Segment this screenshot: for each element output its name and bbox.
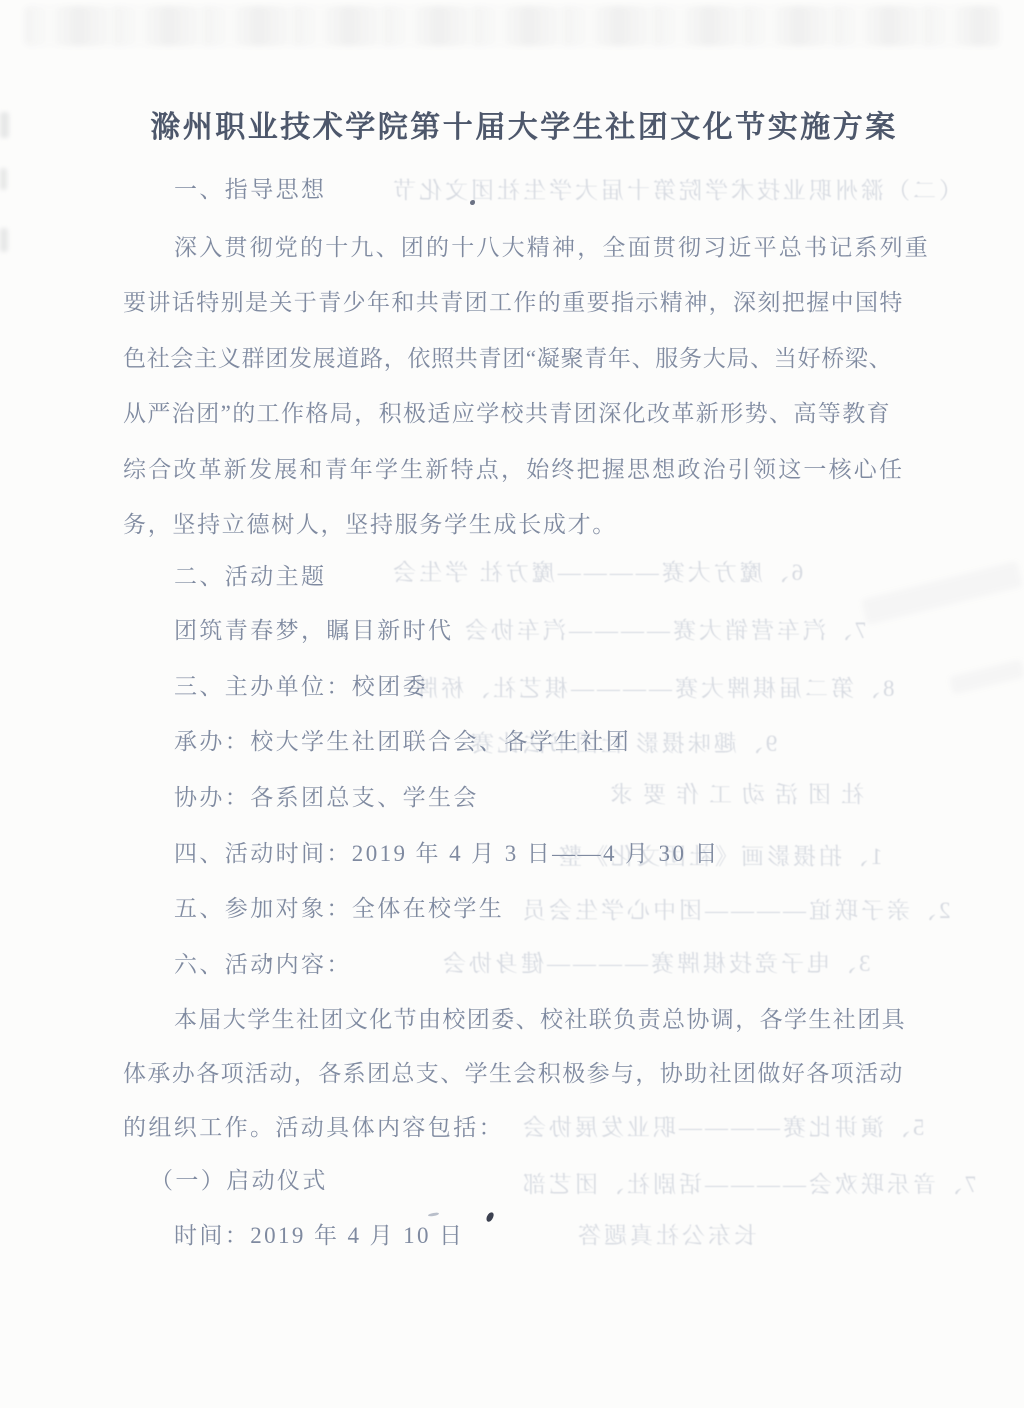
undertaker-line: 承办：校大学生社团联合会、各学生社团 (174, 727, 631, 757)
co-organizer-line: 协办：各系团总支、学生会 (174, 783, 479, 813)
paragraph-line: 深入贯彻党的十九、团的十八大精神，全面贯彻习近平总书记系列重 (174, 233, 930, 263)
scan-artifact-left-streak (0, 168, 7, 190)
paragraph-line: 色社会主义群团发展道路，依照共青团“凝聚青年、服务大局、当好桥梁、 (123, 344, 892, 374)
bleedthrough-line: 3、电子竞技棋牌赛————健身协会 (440, 949, 871, 979)
heading-participants: 五、参加对象：全体在校学生 (174, 894, 504, 924)
bleedthrough-line: 社团活动工作要求 (600, 780, 864, 810)
paragraph-line: 的组织工作。活动具体内容包括： (123, 1113, 504, 1143)
heading-organizer: 三、主办单位：校团委 (174, 672, 428, 702)
bleedthrough-line: 8、第二届棋牌大赛————棋艺社、桥牌 (412, 674, 895, 704)
scan-artifact-top-band (24, 6, 1000, 46)
document-title: 滁州职业技术学院第十届大学生社团文化节实施方案 (12, 110, 1024, 146)
bleedthrough-line: 2、亲子联谊————团中心学生会员 (520, 896, 951, 926)
bleedthrough-line: 7、汽车营销大赛————汽车协会 (462, 616, 867, 646)
paragraph-line: 务，坚持立德树人，坚持服务学生成长成才。 (123, 510, 617, 540)
heading-guiding-thought: 一、指导思想 (174, 175, 326, 205)
scanned-document-page: （二）滁州职业技术学院第十届大学生社团文化节 6、魔方大赛————魔方社 学生会… (0, 0, 1024, 1408)
bleedthrough-line: 长东公社真题答 (575, 1221, 757, 1251)
heading-activity-time: 四、活动时间：2019 年 4 月 3 日——4 月 30 日 (174, 839, 720, 869)
heading-activity-theme: 二、活动主题 (174, 562, 326, 592)
launch-time-line: 时间：2019 年 4 月 10 日 (174, 1221, 464, 1251)
scan-artifact-left-streak (0, 228, 8, 252)
bleedthrough-line: 7、音乐联欢会————话剧社、团艺部 (520, 1170, 977, 1200)
bleedthrough-line: （二）滁州职业技术学院第十届大学生社团文化节 (390, 176, 962, 206)
scan-artifact-left-streak (0, 112, 9, 138)
scan-artifact-crease (861, 561, 1023, 625)
theme-slogan: 团筑青春梦，瞩目新时代 (174, 616, 453, 646)
bleedthrough-line: 5、演讲比赛————职业发展协会 (520, 1113, 925, 1143)
paragraph-line: 体承办各项活动，各系团总支、学生会积极参与，协助社团做好各项活动 (123, 1059, 904, 1089)
subheading-launch-ceremony: （一）启动仪式 (150, 1166, 328, 1196)
bleedthrough-line: 6、魔方大赛————魔方社 学生会 (390, 558, 803, 588)
paragraph-line: 综合改革新发展和青年学生新特点，始终把握思想政治引领这一核心任 (123, 455, 904, 485)
paragraph-line: 本届大学生社团文化节由校团委、校社联负责总协调，各学生社团具 (174, 1005, 906, 1035)
scan-artifact-crease (949, 659, 1024, 694)
paragraph-line: 要讲话特别是关于青少年和共青团工作的重要指示精神，深刻把握中国特 (123, 288, 904, 318)
ink-speck (485, 1211, 494, 1223)
pencil-mark (428, 1212, 439, 1217)
paragraph-line: 从严治团”的工作格局，积极适应学校共青团深化改革新形势、高等教育 (123, 399, 891, 429)
heading-activity-content: 六、活动内容： (174, 950, 352, 980)
